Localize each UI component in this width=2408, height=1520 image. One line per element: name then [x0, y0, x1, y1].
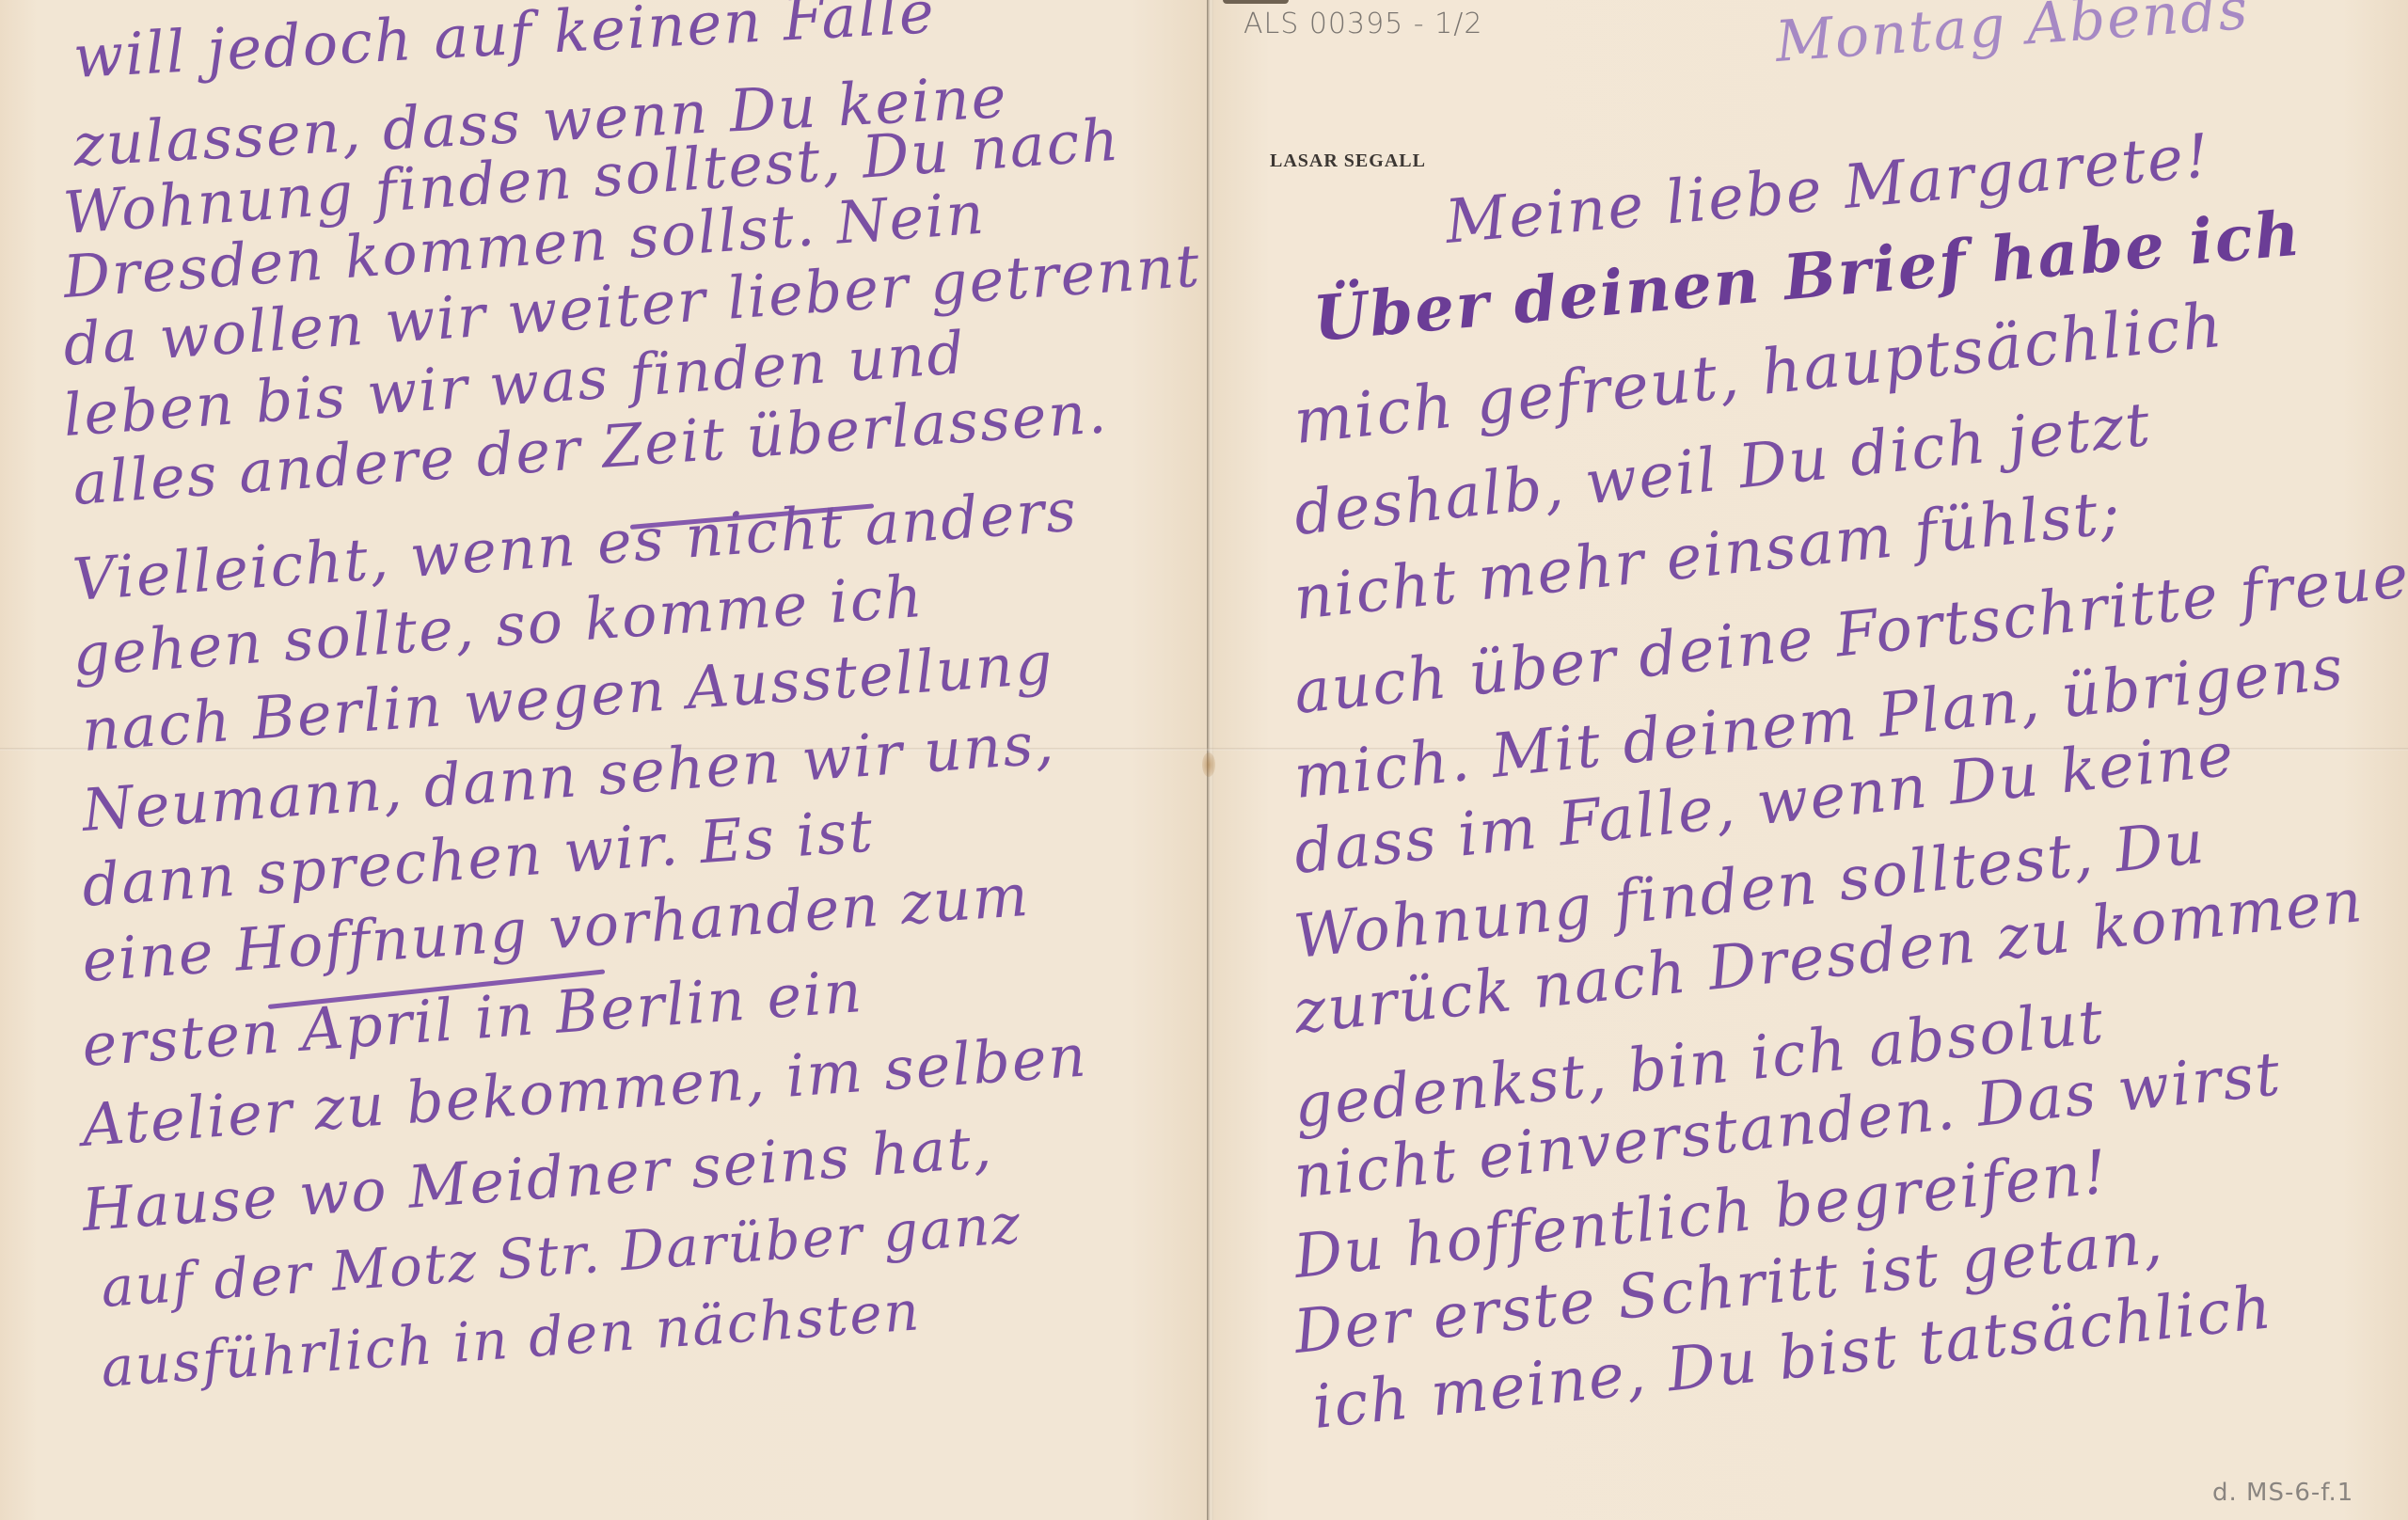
binding-clip	[1223, 0, 1289, 4]
archive-reference: d. MS-6-f.1	[2212, 1479, 2353, 1507]
archive-id: ALS 00395 - 1/2	[1244, 8, 1482, 40]
letter-scan: ALS 00395 - 1/2 d. MS-6-f.1 LASAR SEGALL…	[0, 0, 2408, 1520]
paper-stain	[1202, 752, 1215, 777]
letterhead: LASAR SEGALL	[1270, 150, 1426, 172]
